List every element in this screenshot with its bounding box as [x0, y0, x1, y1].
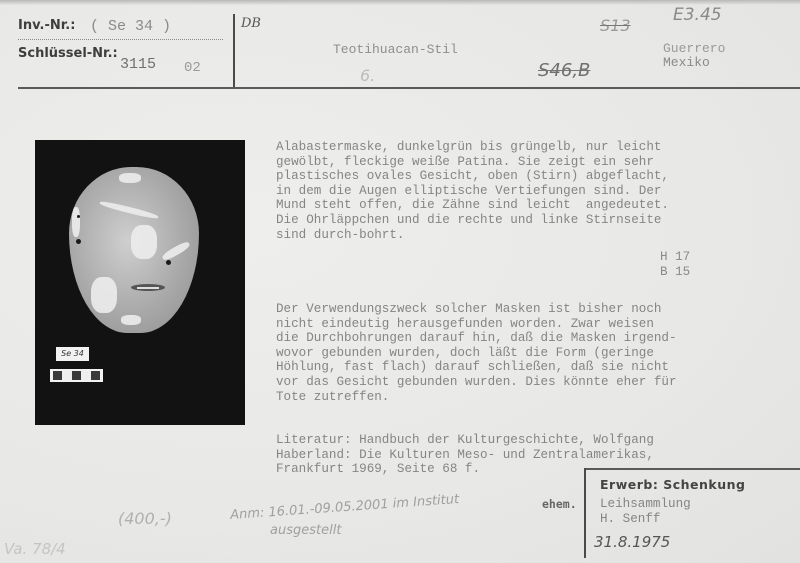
description-line: Die Ohrläppchen und die rechte und linke…: [276, 213, 669, 228]
annotation-line2: ausgestellt: [270, 523, 341, 538]
description-line: Alabastermaske, dunkelgrün bis grüngelb,…: [276, 140, 669, 155]
inv-value: ( Se 34 ): [90, 20, 171, 35]
key-label: Schlüssel-Nr.:: [18, 46, 118, 61]
mask-image: [69, 167, 199, 333]
inv-dotted-line: [18, 39, 223, 40]
description-line: Mund steht offen, die Zähne sind leicht …: [276, 198, 669, 213]
acquisition-line2: H. Senff: [600, 512, 660, 527]
height-measure: H 17: [660, 250, 690, 265]
country: Mexiko: [663, 56, 710, 71]
usage-line: Höhlung, fast flach) darauf schließen, d…: [276, 360, 677, 375]
description-line: in dem die Augen elliptische Vertiefunge…: [276, 184, 669, 199]
mask-photo: Se 34: [35, 140, 245, 425]
literature-block: Literatur: Handbuch der Kulturgeschichte…: [276, 433, 654, 477]
acquisition-line1: Leihsammlung: [600, 497, 691, 512]
catalog-code: E3.45: [673, 5, 722, 25]
style-name: Teotihuacan-Stil: [333, 43, 458, 58]
annotation-line1: Anm: 16.01.-09.05.2001 im Institut: [230, 492, 460, 523]
width-measure: B 15: [660, 265, 690, 280]
acquisition-prefix: ehem.: [542, 497, 577, 512]
scale-bar: [50, 369, 103, 382]
acquisition-date: 31.8.1975: [594, 533, 670, 551]
description-block: Alabastermaske, dunkelgrün bis grüngelb,…: [276, 140, 669, 242]
description-line: sind durch-bohrt.: [276, 228, 669, 243]
usage-line: Der Verwendungszweck solcher Masken ist …: [276, 302, 677, 317]
usage-line: wovor gebunden wurden, doch läßt die For…: [276, 346, 677, 361]
usage-line: Tote zutreffen.: [276, 390, 677, 405]
description-line: plastisches ovales Gesicht, oben (Stirn)…: [276, 169, 669, 184]
corner-note: Va. 78/4: [4, 540, 66, 558]
description-line: gewölbt, fleckige weiße Patina. Sie zeig…: [276, 155, 669, 170]
initials: DB: [241, 16, 261, 31]
acquisition-top-rule: [584, 468, 800, 470]
old-number-2: S46,B: [538, 60, 590, 81]
literature-line: Literatur: Handbuch der Kulturgeschichte…: [276, 433, 654, 448]
header-rule: [18, 87, 800, 89]
specimen-tag: Se 34: [56, 347, 89, 361]
usage-line: vor das Gesicht gebunden wurden. Dies kö…: [276, 375, 677, 390]
acquisition-label: Erwerb: Schenkung: [600, 477, 745, 492]
acquisition-left-rule: [584, 468, 586, 558]
usage-line: nicht eindeutig herausgefunden worden. Z…: [276, 317, 677, 332]
inv-label: Inv.-Nr.:: [18, 18, 75, 33]
price-note: (400,-): [118, 509, 172, 528]
catalog-card: Inv.-Nr.: ( Se 34 ) Schlüssel-Nr.: 3115 …: [0, 0, 800, 563]
style-note: 6.: [360, 66, 375, 85]
old-number-1: S13: [600, 16, 631, 35]
usage-block: Der Verwendungszweck solcher Masken ist …: [276, 302, 677, 404]
key-value: 3115: [120, 58, 156, 73]
literature-line: Haberland: Die Kulturen Meso- und Zentra…: [276, 448, 654, 463]
key-suffix: 02: [184, 61, 201, 76]
usage-line: die Durchbohrungen darauf hin, daß die M…: [276, 331, 677, 346]
header-divider: [233, 14, 235, 89]
